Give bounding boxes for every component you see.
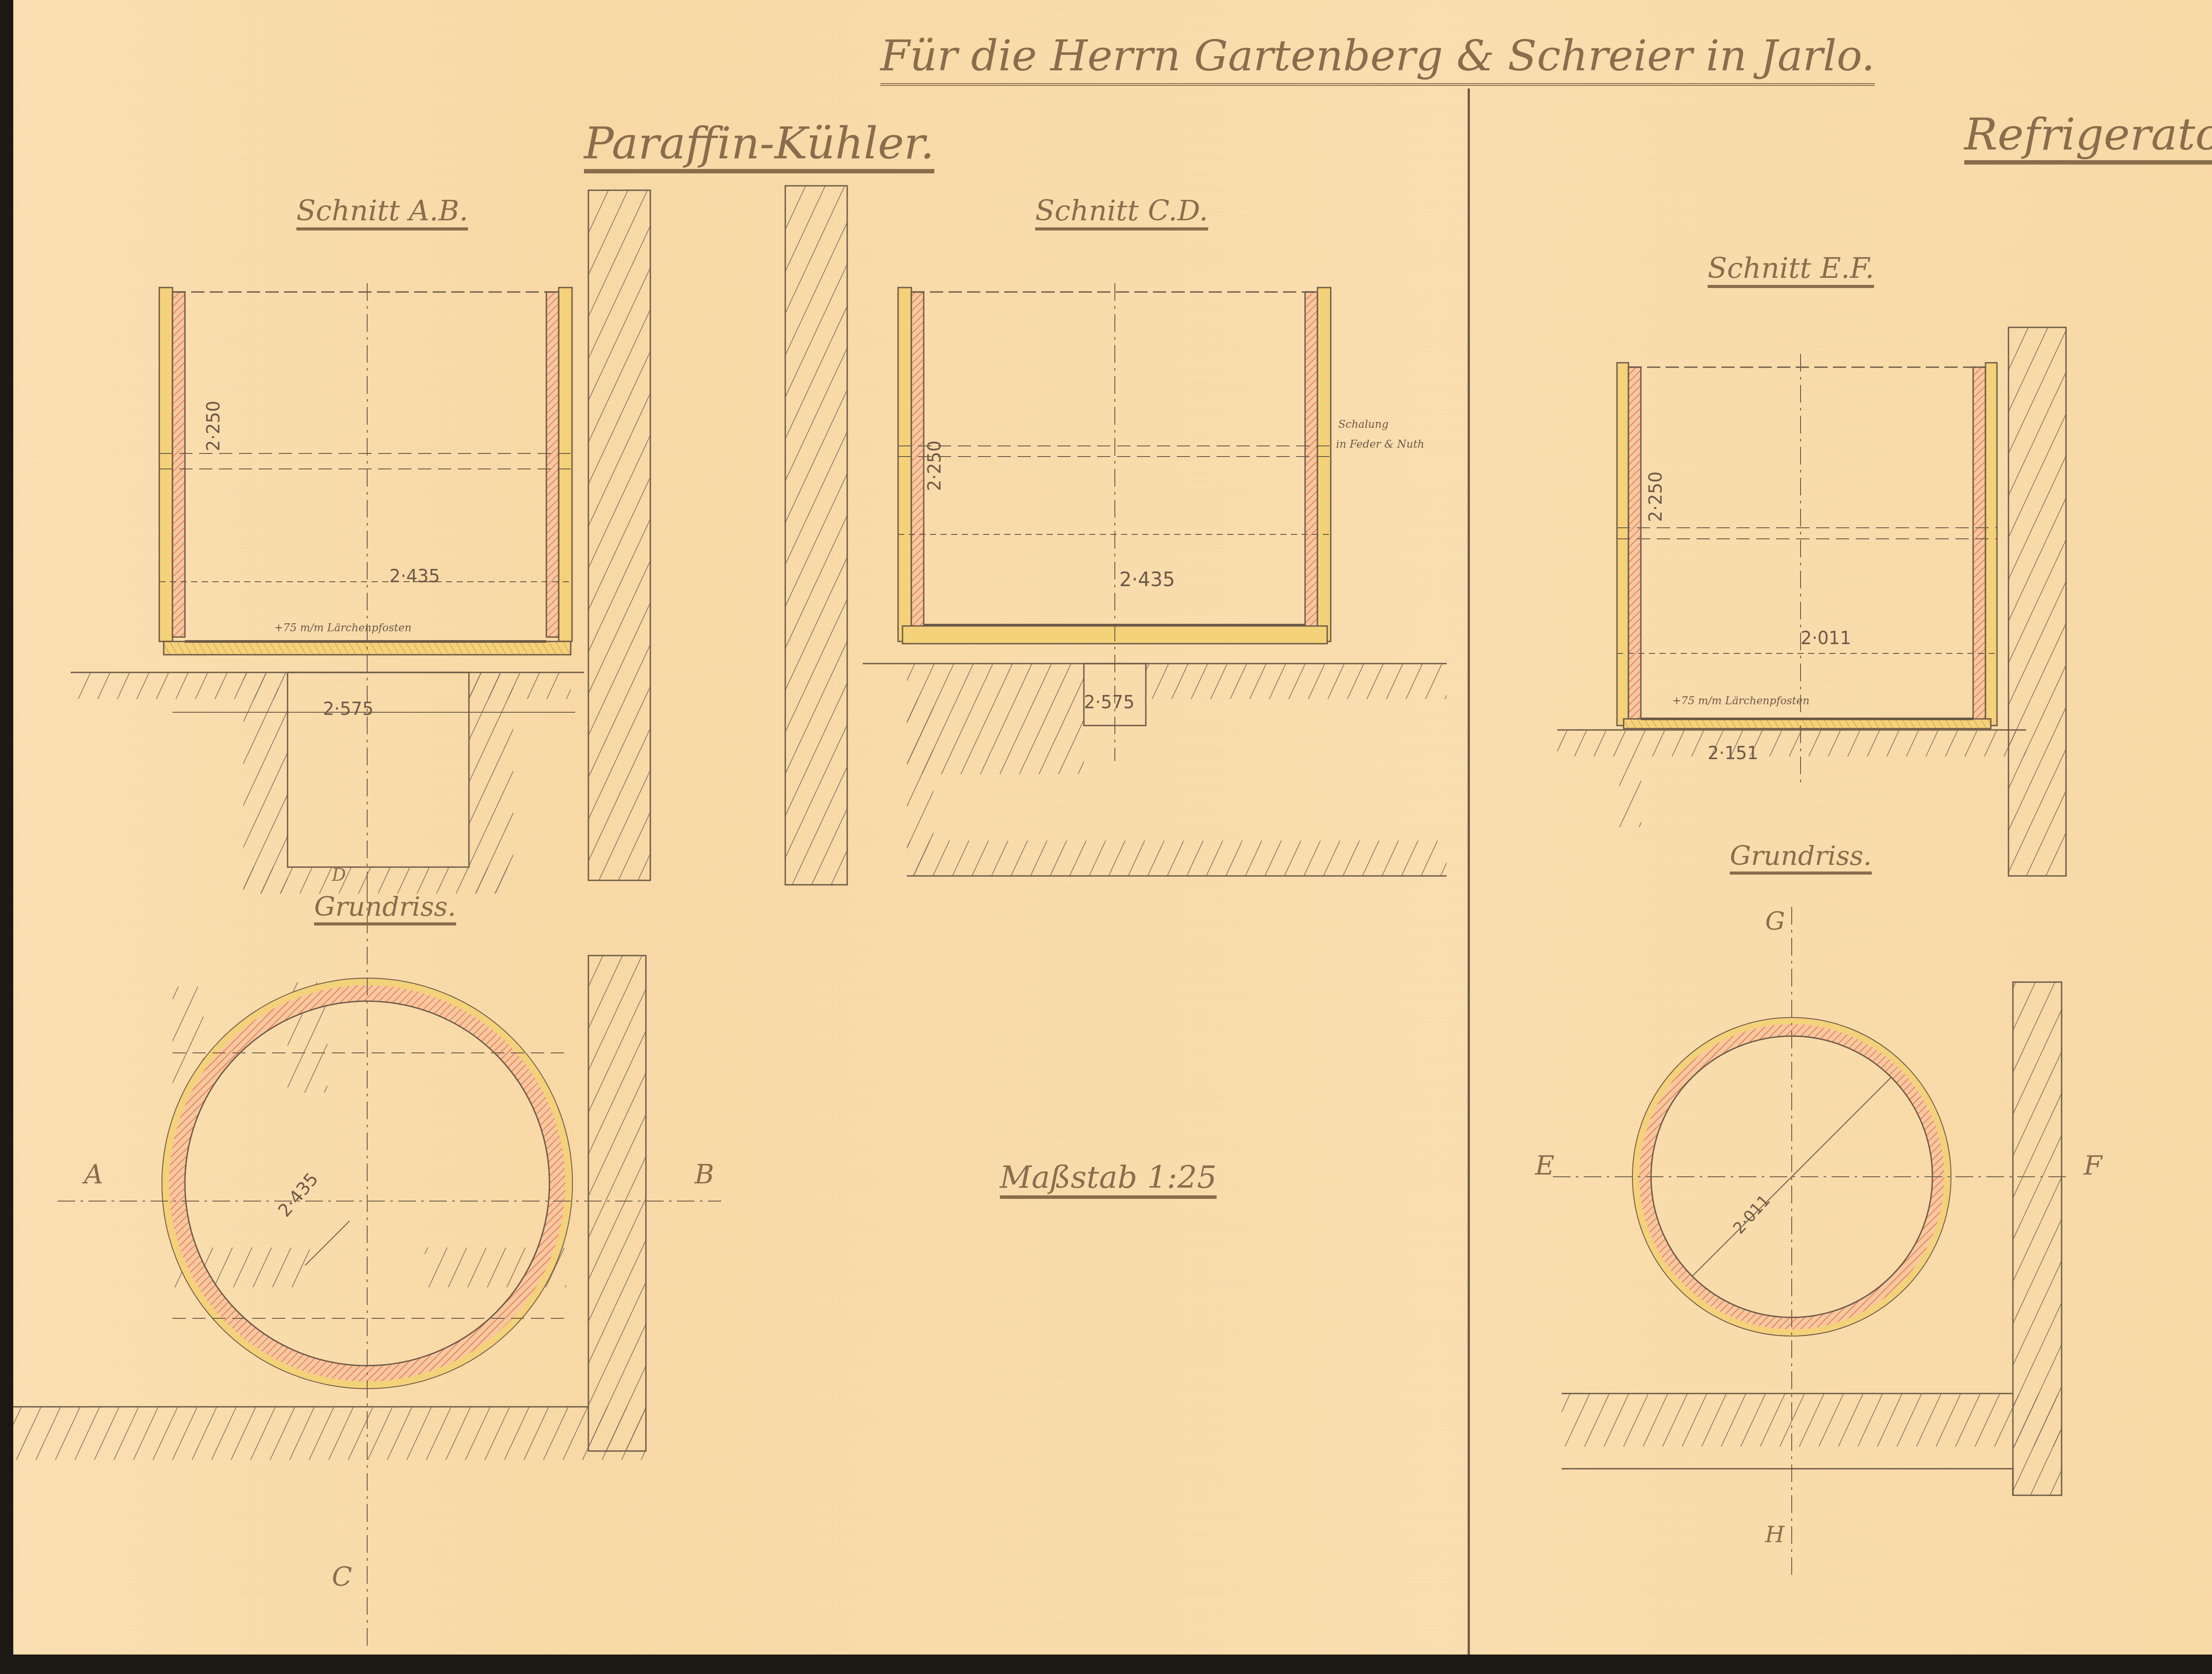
heading-refrigerator: Refrigerator. bbox=[1964, 108, 2212, 165]
dim-outer-width-ef: 2·151 bbox=[1708, 743, 1759, 764]
marker-d: D bbox=[332, 865, 346, 885]
label-section-ef: Schnitt E.F. bbox=[1708, 252, 1874, 288]
scale-left: Maßstab 1:25 bbox=[1000, 1159, 1217, 1199]
document-title: Für die Herrn Gartenberg & Schreier in J… bbox=[880, 31, 1875, 86]
dim-height-ab: 2·250 bbox=[204, 400, 224, 451]
dim-inner-width-ab: 2·435 bbox=[389, 566, 440, 587]
technical-drawing bbox=[13, 0, 2212, 1655]
label-section-ab: Schnitt A.B. bbox=[296, 195, 468, 230]
label-plan-right: Grundriss. bbox=[1730, 841, 1872, 875]
label-section-cd: Schnitt C.D. bbox=[1035, 195, 1208, 230]
plan-right-drawing bbox=[1553, 907, 2066, 1575]
marker-h: H bbox=[1765, 1522, 1785, 1547]
note-cladding-cd-1: Schalung bbox=[1338, 418, 1389, 430]
section-ab-drawing bbox=[71, 283, 584, 894]
note-floor-ef: +75 m/m Lärchenpfosten bbox=[1672, 695, 1809, 707]
marker-g: G bbox=[1765, 907, 1785, 936]
label-plan-left: Grundriss. bbox=[314, 891, 456, 925]
dim-height-ef: 2·250 bbox=[1646, 471, 1666, 522]
dim-outer-width-ab: 2·575 bbox=[323, 699, 374, 719]
marker-a: A bbox=[84, 1159, 103, 1190]
marker-f: F bbox=[2084, 1150, 2102, 1181]
note-floor-ab: +75 m/m Lärchenpfosten bbox=[274, 622, 411, 634]
marker-e: E bbox=[1535, 1150, 1555, 1181]
marker-c: C bbox=[332, 1562, 352, 1593]
heading-paraffin-cooler: Paraffin-Kühler. bbox=[584, 117, 934, 173]
section-ef-drawing bbox=[1557, 327, 2066, 876]
dim-inner-width-cd: 2·435 bbox=[1119, 568, 1175, 591]
plan-left-drawing bbox=[13, 885, 721, 1646]
note-cladding-cd-2: in Feder & Nuth bbox=[1336, 438, 1425, 450]
dim-height-cd: 2·250 bbox=[925, 440, 945, 491]
drawing-sheet: Für die Herrn Gartenberg & Schreier in J… bbox=[13, 0, 2212, 1655]
dim-outer-width-cd: 2·575 bbox=[1084, 692, 1135, 713]
marker-b: B bbox=[695, 1159, 714, 1190]
dim-inner-width-ef: 2·011 bbox=[1801, 628, 1851, 649]
